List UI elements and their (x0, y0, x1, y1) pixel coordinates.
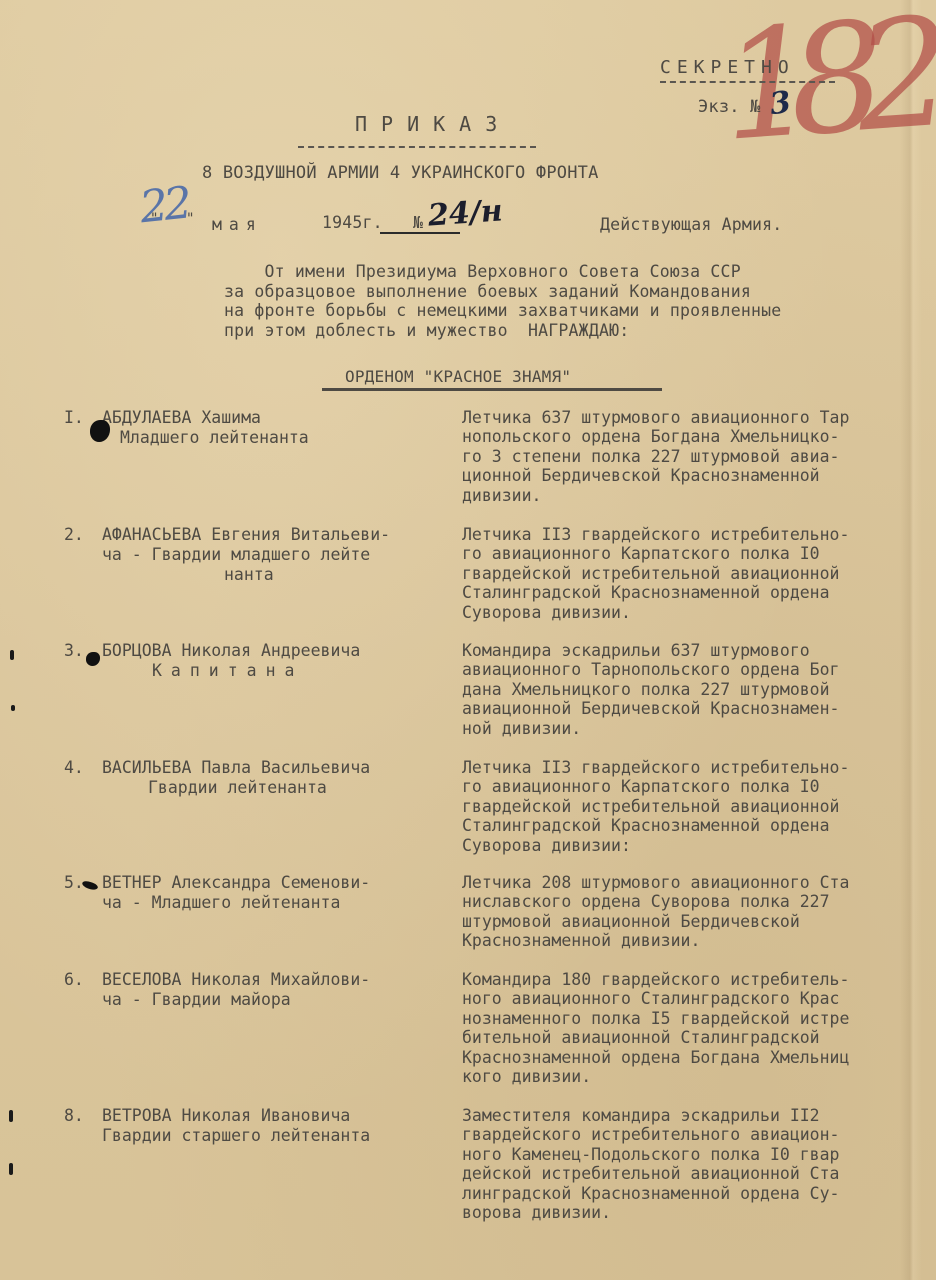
entry-description: Командира эскадрильи 637 штурмового авиа… (462, 641, 922, 738)
entry-rank: ча - Гвардии майора (64, 990, 444, 1010)
entry-description: Летчика 208 штурмового авиационного Ста … (462, 873, 922, 951)
entry-name-block: 8.ВЕТРОВА Николая Ивановича Гвардии стар… (64, 1106, 444, 1146)
entry-name: ВЕТНЕР Александра Семенови- (102, 873, 370, 892)
copy-number-label: Экз. № (698, 97, 761, 117)
entry-description: Летчика II3 гвардейского истребительно- … (462, 525, 922, 622)
date-year: 1945г. (322, 213, 383, 233)
preamble-line: за образцовое выполнение боевых заданий … (224, 282, 781, 302)
entry-rank: Гвардии лейтенанта (64, 778, 444, 798)
paper-fold-shadow (900, 0, 922, 1280)
issuer-line: 8 ВОЗДУШНОЙ АРМИИ 4 УКРАИНСКОГО ФРОНТА (202, 163, 599, 183)
entry-name: АФАНАСЬЕВА Евгения Витальеви- (102, 525, 390, 544)
entry-name-block: 5.ВЕТНЕР Александра Семенови- ча - Младш… (64, 873, 444, 913)
entry-name-block: I.АБДУЛАЕВА Хашима Младшего лейтенанта (64, 408, 444, 448)
date-day-handwritten: 22 (137, 178, 190, 234)
preamble: От имени Президиума Верховного Совета Со… (224, 262, 781, 340)
location-label: Действующая Армия. (600, 215, 782, 235)
entry-description: Командира 180 гвардейского истребитель- … (462, 970, 922, 1086)
entry-name-block: 4.ВАСИЛЬЕВА Павла Васильевича Гвардии ле… (64, 758, 444, 798)
margin-punch-mark (11, 705, 15, 711)
preamble-line: От имени Президиума Верховного Совета Со… (224, 262, 781, 282)
document-title: ПРИКАЗ (355, 114, 511, 134)
award-section-underline (322, 388, 662, 391)
entry-number: 6. (64, 970, 102, 990)
entry-name-block: 6.ВЕСЕЛОВА Николая Михайлови- ча - Гвард… (64, 970, 444, 1010)
entry-rank: Гвардии старшего лейтенанта (64, 1126, 444, 1146)
preamble-line: на фронте борьбы с немецкими захватчикам… (224, 301, 781, 321)
entry-number: 8. (64, 1106, 102, 1126)
entry-rank-continued: нанта (64, 565, 444, 585)
margin-punch-mark (10, 650, 14, 660)
entry-rank: ча - Гвардии младшего лейте (64, 545, 444, 565)
award-section-title: ОРДЕНОМ "КРАСНОЕ ЗНАМЯ" (345, 367, 571, 387)
title-underline (298, 146, 536, 148)
entry-name: БОРЦОВА Николая Андреевича (102, 641, 360, 660)
entry-name-block: 3.БОРЦОВА Николая Андреевича Капитана (64, 641, 444, 681)
entry-number: 4. (64, 758, 102, 778)
entry-name: ВЕСЕЛОВА Николая Михайлови- (102, 970, 370, 989)
margin-punch-mark (9, 1110, 13, 1122)
entry-description: Заместителя командира эскадрильи II2 гва… (462, 1106, 922, 1222)
entry-description: Летчика II3 гвардейского истребительно- … (462, 758, 922, 855)
entry-rank: Младшего лейтенанта (64, 428, 444, 448)
order-number-handwritten: 24/н (427, 193, 504, 233)
entry-number: 2. (64, 525, 102, 545)
date-quote-close: " (186, 209, 195, 229)
entry-name: ВАСИЛЬЕВА Павла Васильевича (102, 758, 370, 777)
entry-rank: Капитана (64, 661, 444, 681)
margin-punch-mark (9, 1163, 13, 1175)
entry-name: АБДУЛАЕВА Хашима (102, 408, 261, 427)
entry-name-block: 2.АФАНАСЬЕВА Евгения Витальеви- ча - Гва… (64, 525, 444, 585)
order-number-underline (380, 232, 460, 234)
entry-rank: ча - Младшего лейтенанта (64, 893, 444, 913)
number-sign: № (413, 213, 423, 233)
entry-name: ВЕТРОВА Николая Ивановича (102, 1106, 350, 1125)
entry-description: Летчика 637 штурмового авиационного Тар … (462, 408, 922, 505)
date-month: мая (212, 215, 263, 235)
preamble-line: при этом доблесть и мужество НАГРАЖДАЮ: (224, 321, 781, 341)
classification-underline (660, 81, 835, 83)
classification-label: СЕКРЕТНО (660, 58, 795, 78)
